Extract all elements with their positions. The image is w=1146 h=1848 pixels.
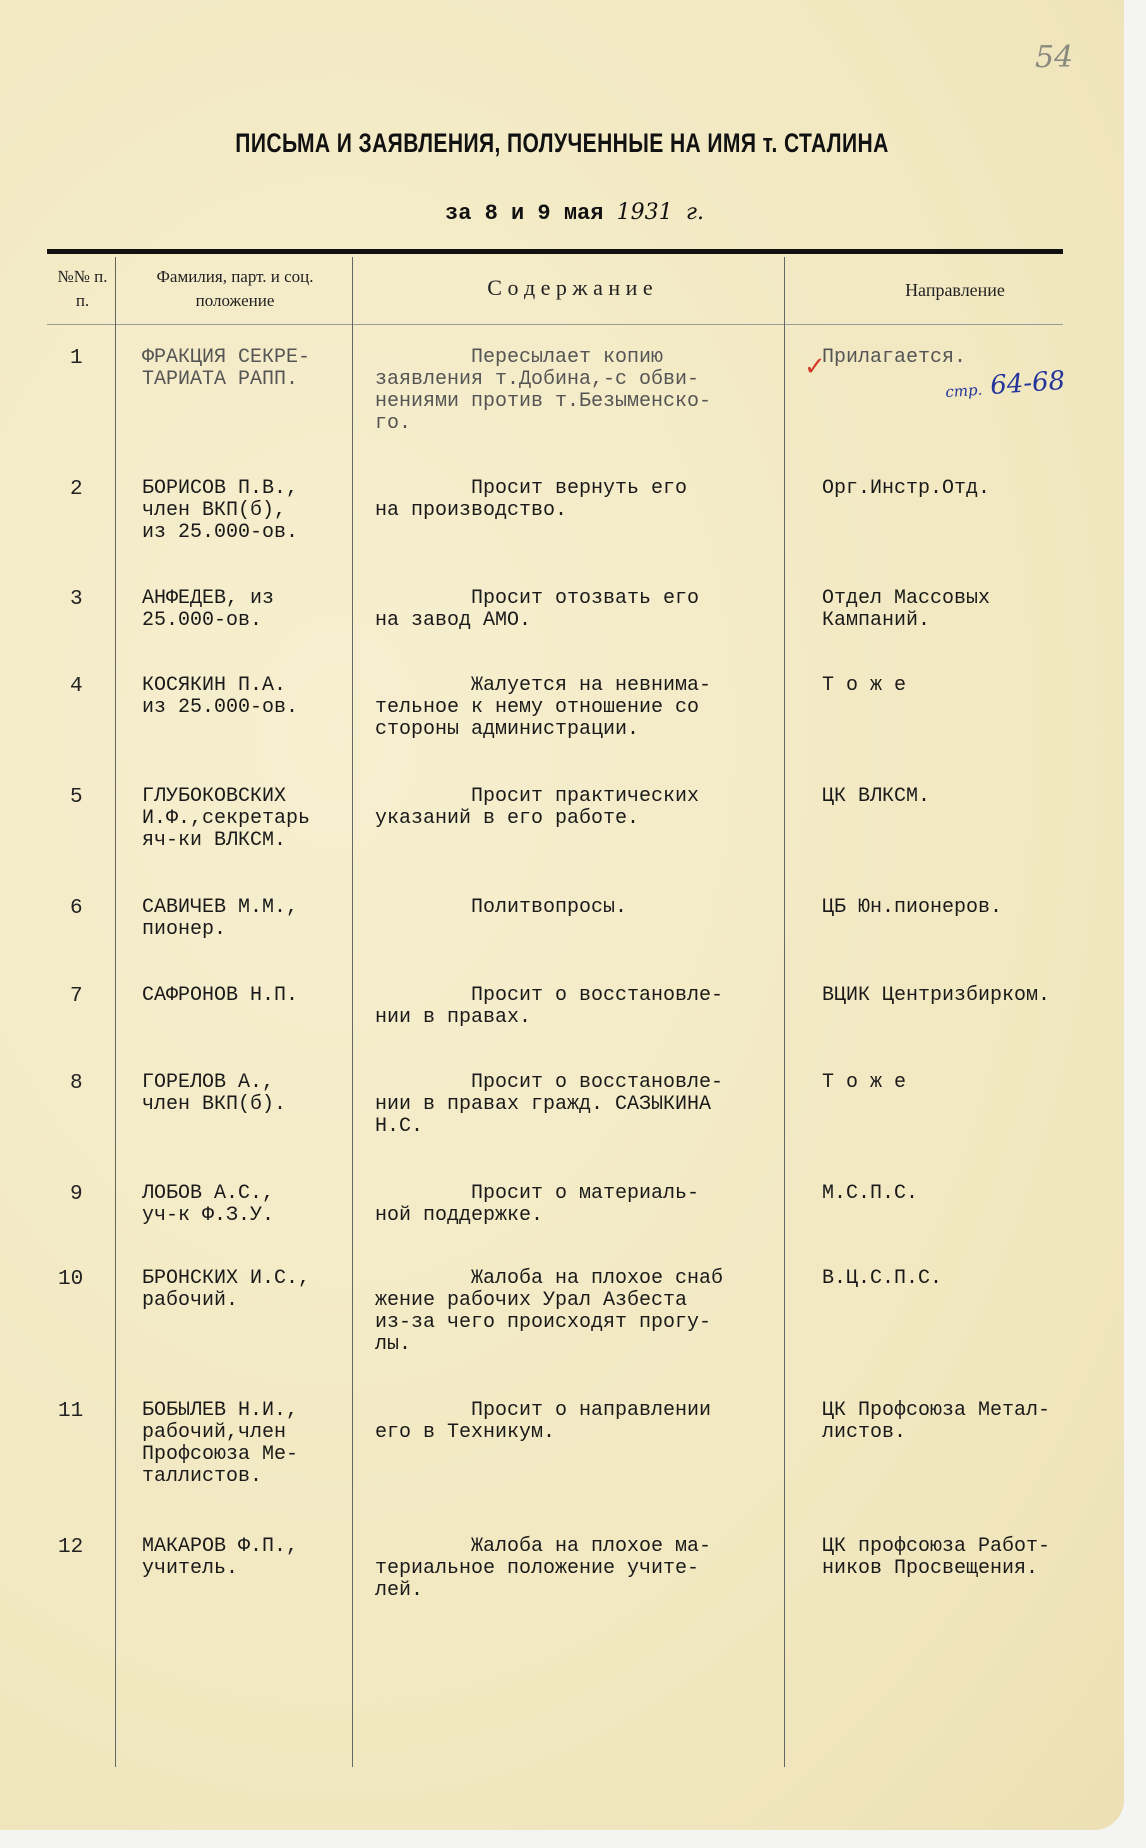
row-content: Просит о материаль- ной поддержке. [375,1183,699,1227]
row-name: САВИЧЕВ М.М., пионер. [142,897,298,941]
row-name: ГЛУБОКОВСКИХ И.Ф.,секретарь яч-ки ВЛКСМ. [142,786,310,852]
row-number: 2 [70,478,83,501]
row-direction: ЦК ВЛКСМ. [822,786,930,808]
row-direction: Отдел Массовых Кампаний. [822,588,990,632]
row-direction: ЦК Профсоюза Метал- листов. [822,1400,1050,1444]
header-direction: Направление [790,278,1120,302]
row-name: БОРИСОВ П.В., член ВКП(б), из 25.000-ов. [142,478,298,544]
row-content: Пересылает копию заявления т.Добина,-с о… [375,347,711,435]
row-name: МАКАРОВ Ф.П., учитель. [142,1536,298,1580]
row-number: 6 [70,897,83,920]
row-direction: Прилагается. [822,347,966,369]
row-number: 5 [70,786,83,809]
document-title: ПИСЬМА И ЗАЯВЛЕНИЯ, ПОЛУЧЕННЫЕ НА ИМЯ т.… [124,128,1001,159]
header-rule [47,249,1063,254]
row-direction: ЦБ Юн.пионеров. [822,897,1002,919]
row-direction: Т о ж е [822,675,906,697]
row-name: АНФЕДЕВ, из 25.000-ов. [142,588,274,632]
row-content: Просит о восстановле- нии в правах. [375,985,723,1029]
row-content: Жалоба на плохое снаб жение рабочих Урал… [375,1268,723,1356]
row-direction: М.С.П.С. [822,1183,918,1205]
row-content: Жалоба на плохое ма- териальное положени… [375,1536,711,1602]
row-name: БРОНСКИХ И.С., рабочий. [142,1268,310,1312]
handwritten-page-ref: стр. 64-68 [944,366,1066,404]
row-name: ГОРЕЛОВ А., член ВКП(б). [142,1072,286,1116]
row-direction: ЦК профсоюза Работ- ников Просвещения. [822,1536,1050,1580]
document-date: за 8 и 9 мая 1931 г. [445,200,704,226]
date-suffix: г. [686,200,704,225]
row-direction: Орг.Инстр.Отд. [822,478,990,500]
row-number: 3 [70,588,83,611]
row-direction: Т о ж е [822,1072,906,1094]
column-divider [352,257,353,1767]
row-direction: В.Ц.С.П.С. [822,1268,942,1290]
row-number: 9 [70,1183,83,1206]
row-number: 11 [58,1400,83,1423]
row-name: БОБЫЛЕВ Н.И., рабочий,член Профсоюза Ме-… [142,1400,298,1488]
date-prefix: за 8 и 9 мая [445,201,603,226]
pages-range: 64-68 [989,366,1066,401]
row-number: 7 [70,985,83,1008]
row-content: Жалуется на невнима- тельное к нему отно… [375,675,711,741]
row-number: 10 [58,1268,83,1291]
row-name: ФРАКЦИЯ СЕКРЕ- ТАРИАТА РАПП. [142,347,310,391]
row-content: Просит о восстановле- нии в правах гражд… [375,1072,723,1138]
row-content: Просит о направлении его в Техникум. [375,1400,711,1444]
row-content: Просит отозвать его на завод АМО. [375,588,699,632]
row-number: 4 [70,675,83,698]
header-bottom-rule [47,324,1063,325]
row-name: САФРОНОВ Н.П. [142,985,298,1007]
row-number: 12 [58,1536,83,1559]
header-num: №№ п. п. [55,265,110,313]
row-content: Просит практических указаний в его работ… [375,786,699,830]
column-divider [784,257,785,1767]
header-content: С о д е р ж а н и е [360,276,780,300]
row-name: КОСЯКИН П.А. из 25.000-ов. [142,675,298,719]
row-content: Просит вернуть его на производство. [375,478,687,522]
column-divider [115,257,116,1767]
row-number: 8 [70,1072,83,1095]
row-direction: ВЦИК Центризбирком. [822,985,1050,1007]
check-mark-icon: ✓ [804,352,826,382]
date-year: 1931 [617,200,673,225]
folio-number: 54 [1035,40,1073,75]
pages-prefix: стр. [945,381,983,402]
row-content: Политвопросы. [375,897,627,919]
row-number: 1 [70,347,83,370]
header-name: Фамилия, парт. и соц. положение [130,265,340,313]
document-page: 54 ПИСЬМА И ЗАЯВЛЕНИЯ, ПОЛУЧЕННЫЕ НА ИМЯ… [0,0,1124,1830]
row-name: ЛОБОВ А.С., уч-к Ф.З.У. [142,1183,274,1227]
